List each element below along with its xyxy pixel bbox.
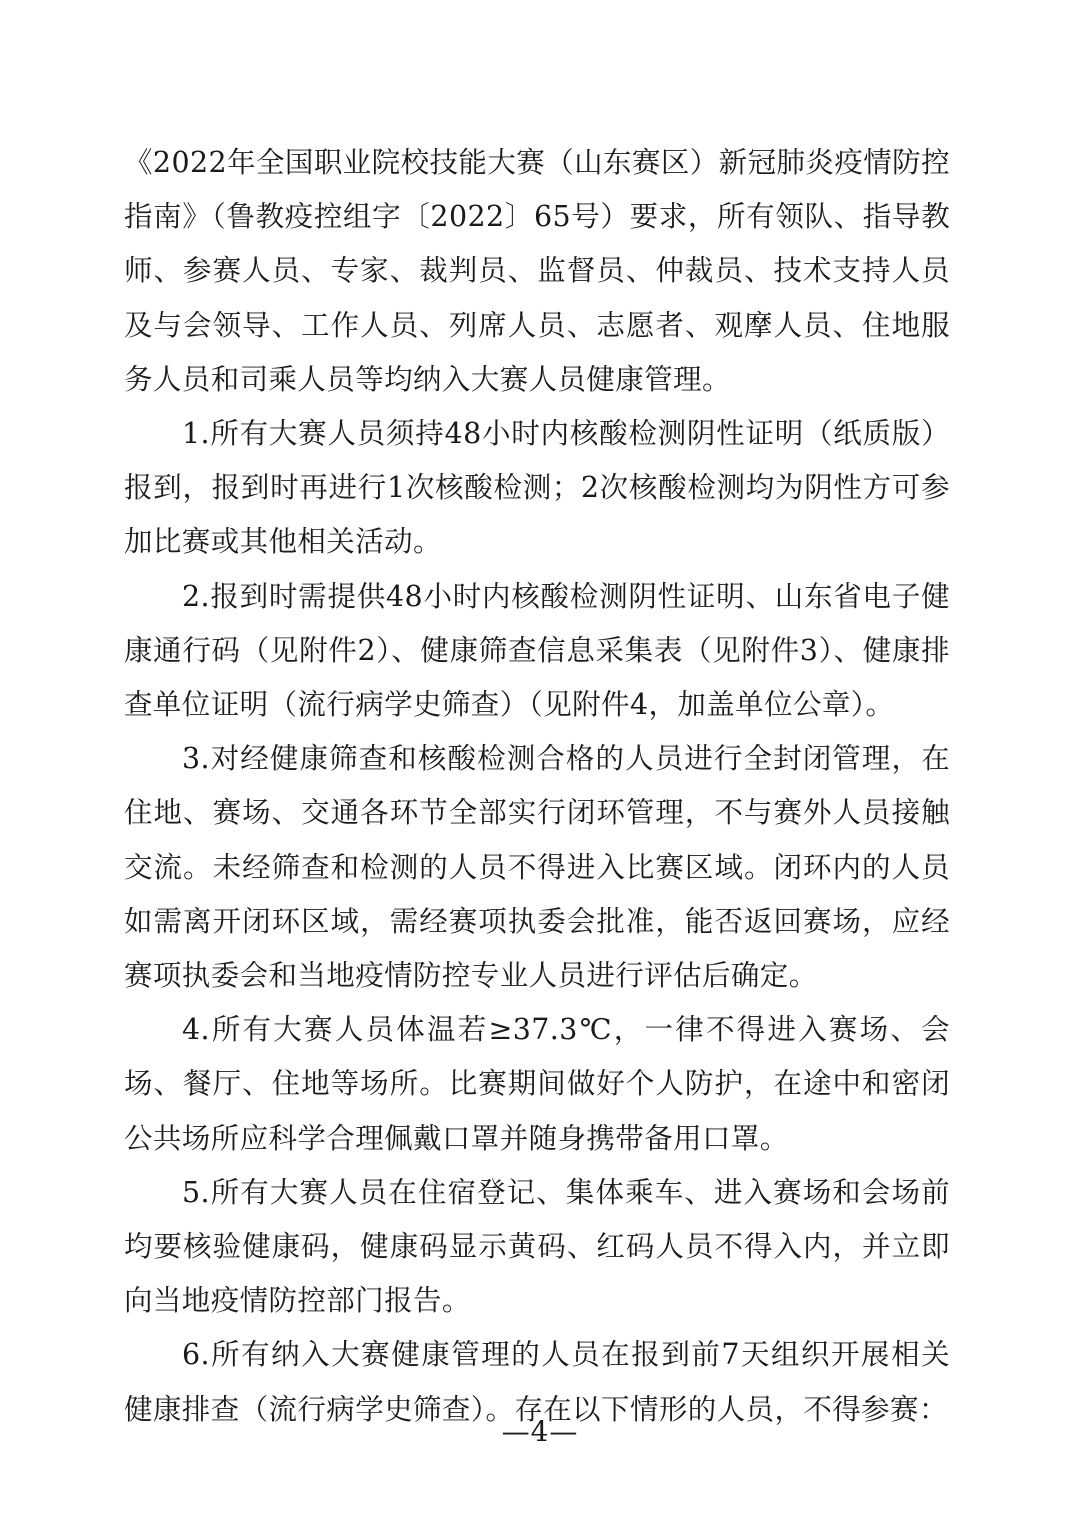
paragraph-item-5: 5.所有大赛人员在住宿登记、集体乘车、进入赛场和会场前均要核验健康码，健康码显示… bbox=[124, 1166, 950, 1329]
page-number: —4— bbox=[0, 1412, 1080, 1452]
paragraph-intro: 《2022年全国职业院校技能大赛（山东赛区）新冠肺炎疫情防控指南》（鲁教疫控组字… bbox=[124, 136, 950, 407]
paragraph-item-1: 1.所有大赛人员须持48小时内核酸检测阴性证明（纸质版）报到，报到时再进行1次核… bbox=[124, 407, 950, 570]
paragraph-item-4: 4.所有大赛人员体温若≥37.3℃，一律不得进入赛场、会场、餐厅、住地等场所。比… bbox=[124, 1003, 950, 1166]
paragraph-item-2: 2.报到时需提供48小时内核酸检测阴性证明、山东省电子健康通行码（见附件2）、健… bbox=[124, 570, 950, 733]
paragraph-item-3: 3.对经健康筛查和核酸检测合格的人员进行全封闭管理，在住地、赛场、交通各环节全部… bbox=[124, 732, 950, 1003]
document-body: 《2022年全国职业院校技能大赛（山东赛区）新冠肺炎疫情防控指南》（鲁教疫控组字… bbox=[124, 136, 950, 1437]
